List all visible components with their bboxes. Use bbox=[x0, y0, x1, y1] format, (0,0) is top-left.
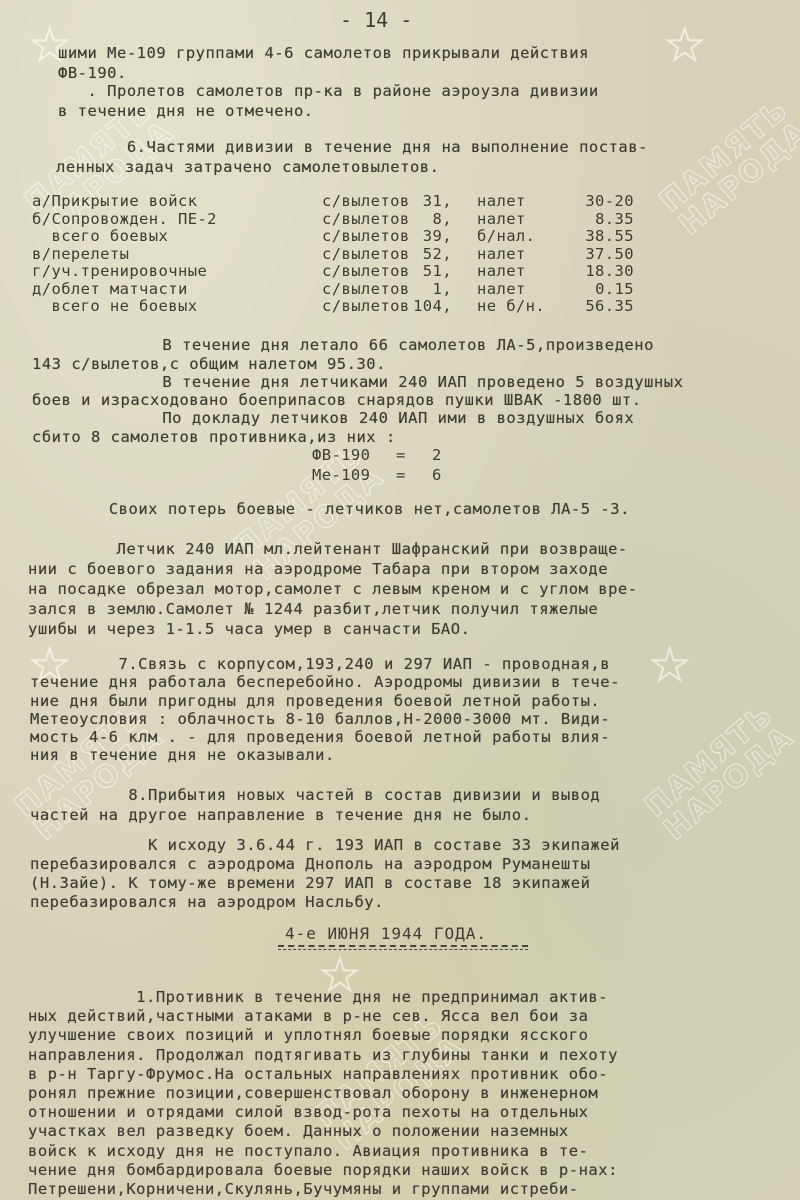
aircraft-count: 6 bbox=[432, 466, 442, 484]
heading-underline bbox=[278, 945, 528, 947]
cell-hours: 38.55 bbox=[572, 227, 634, 245]
document-page: ★ ПАМЯТЬ НАРОДА ★ ПАМЯТЬ НАРОДА ПАМЯТЬ Н… bbox=[0, 0, 800, 1200]
text-line: зался в землю.Самолет № 1244 разбит,летч… bbox=[28, 600, 598, 618]
equals-sign: = bbox=[396, 466, 406, 484]
text-line: 1.Противник в течение дня не предпринима… bbox=[28, 988, 608, 1006]
equals-sign: = bbox=[396, 446, 406, 464]
cell-type: с/вылетов bbox=[322, 227, 410, 245]
text-line: ние дня были пригодны для проведения бое… bbox=[30, 692, 600, 710]
text-line: К исходу 3.6.44 г. 193 ИАП в составе 33 … bbox=[30, 836, 620, 854]
text-line: 8.Прибытия новых частей в состав дивизии… bbox=[30, 786, 600, 804]
cell-hours: 18.30 bbox=[572, 262, 634, 280]
text-line: мость 4-6 клм . - для проведения боевой … bbox=[30, 728, 610, 746]
cell-hours-label: налет bbox=[477, 210, 526, 228]
cell-hours-label: налет bbox=[477, 262, 526, 280]
losses-line: Своих потерь боевые - летчиков нет,самол… bbox=[40, 500, 630, 518]
aircraft-type: ФВ-190 bbox=[312, 446, 370, 464]
text-line: По докладу летчиков 240 ИАП ими в воздуш… bbox=[64, 409, 634, 427]
cell-label: а/Прикрытие войск bbox=[32, 192, 197, 210]
cell-label: б/Сопровожден. ПЕ-2 bbox=[32, 210, 217, 228]
text-line: ронял прежние позиции,совершенствовал об… bbox=[28, 1084, 598, 1102]
text-line: 7.Связь с корпусом,193,240 и 297 ИАП - п… bbox=[30, 655, 610, 673]
cell-hours: 56.35 bbox=[572, 297, 634, 315]
text-line: В течение дня летало 66 самолетов ЛА-5,п… bbox=[64, 336, 654, 354]
page-number: - 14 - bbox=[340, 8, 412, 32]
cell-hours: 8.35 bbox=[572, 210, 634, 228]
cell-count: 39, bbox=[410, 227, 452, 245]
text-line: ленных задач затрачено самолетовылетов. bbox=[56, 158, 439, 176]
text-line: ных действий,частными атаками в р-не сев… bbox=[28, 1007, 588, 1025]
watermark-text: ПАМЯТЬ НАРОДА bbox=[655, 94, 800, 241]
text-line: 143 с/вылетов,с общим налетом 95.30. bbox=[32, 355, 386, 373]
aircraft-count: 2 bbox=[432, 446, 442, 464]
cell-hours-label: налет bbox=[477, 192, 526, 210]
text-line: Летчик 240 ИАП мл.лейтенант Шафранский п… bbox=[28, 540, 628, 558]
cell-hours-label: не б/н. bbox=[477, 297, 545, 315]
cell-label: всего боевых bbox=[32, 227, 168, 245]
text-line: сбито 8 самолетов противника,из них : bbox=[32, 428, 396, 446]
aircraft-type: Ме-109 bbox=[312, 466, 370, 484]
cell-type: с/вылетов bbox=[322, 262, 410, 280]
cell-hours: 0.15 bbox=[572, 280, 634, 298]
cell-hours: 37.50 bbox=[572, 245, 634, 263]
cell-label: всего не боевых bbox=[32, 297, 197, 315]
cell-hours-label: налет bbox=[477, 280, 526, 298]
text-line: отношении и отрядами силой взвод-рота пе… bbox=[28, 1103, 588, 1121]
text-line: на посадке обрезал мотор,самолет с левым… bbox=[28, 580, 638, 598]
cell-hours-label: налет bbox=[477, 245, 526, 263]
cell-count: 52, bbox=[410, 245, 452, 263]
cell-type: с/вылетов bbox=[322, 297, 410, 315]
text-line: нии с боевого задания на аэродроме Табар… bbox=[28, 560, 608, 578]
text-line: в течение дня не отмечено. bbox=[58, 102, 314, 120]
cell-count: 51, bbox=[410, 262, 452, 280]
text-line: направления. Продолжал подтягивать из гл… bbox=[28, 1046, 618, 1064]
cell-count: 31, bbox=[410, 192, 452, 210]
star-icon: ★ bbox=[665, 20, 704, 71]
text-line: боев и израсходовано боеприпасов снарядо… bbox=[32, 391, 642, 409]
cell-label: в/перелеты bbox=[32, 245, 129, 263]
text-line: ния в течение дня не оказывали. bbox=[30, 746, 335, 764]
cell-label: д/облет матчасти bbox=[32, 280, 188, 298]
text-line: войск к исходу дня не поступало. Авиация… bbox=[28, 1142, 588, 1160]
text-line: перебазировался на аэродром Насльбу. bbox=[30, 893, 384, 911]
cell-count: 8, bbox=[410, 210, 452, 228]
cell-type: с/вылетов bbox=[322, 210, 410, 228]
cell-type: с/вылетов bbox=[322, 280, 410, 298]
cell-hours-label: б/нал. bbox=[477, 227, 535, 245]
watermark-text: ПАМЯТЬ НАРОДА bbox=[640, 699, 799, 846]
text-line: шими Ме-109 группами 4-6 самолетов прикр… bbox=[58, 44, 589, 62]
text-line: течение дня работала бесперебойно. Аэрод… bbox=[30, 673, 620, 691]
text-line: ушибы и через 1-1.5 часа умер в санчасти… bbox=[28, 620, 470, 638]
text-line: Петрешени,Корничени,Скулянь,Бучумяны и г… bbox=[28, 1180, 579, 1198]
cell-label: г/уч.тренировочные bbox=[32, 262, 207, 280]
cell-type: с/вылетов bbox=[322, 192, 410, 210]
text-line: 6.Частями дивизии в течение дня на выпол… bbox=[58, 138, 648, 156]
text-line: чение дня бомбардировала боевые порядки … bbox=[28, 1161, 618, 1179]
section-heading: 4-е ИЮНЯ 1944 ГОДА. bbox=[285, 924, 487, 943]
text-line: улучшение своих позиций и уплотнял боевы… bbox=[28, 1026, 588, 1044]
cell-count: 1, bbox=[410, 280, 452, 298]
text-line: (Н.Зайе). К тому-же времени 297 ИАП в со… bbox=[30, 874, 590, 892]
cell-count: 104, bbox=[410, 297, 452, 315]
text-line: ФВ-190. bbox=[58, 64, 127, 82]
text-line: . Пролетов самолетов пр-ка в районе аэро… bbox=[58, 82, 599, 100]
cell-type: с/вылетов bbox=[322, 245, 410, 263]
heading-underline bbox=[278, 949, 528, 950]
text-line: перебазировался с аэродрома Днополь на а… bbox=[30, 855, 590, 873]
text-line: в р-н Таргу-Фрумос.На остальных направле… bbox=[28, 1065, 608, 1083]
text-line: В течение дня летчиками 240 ИАП проведен… bbox=[64, 373, 683, 391]
cell-hours: 30-20 bbox=[572, 192, 634, 210]
text-line: Метеоусловия : облачность 8-10 баллов,Н-… bbox=[30, 710, 610, 728]
text-line: частей на другое направление в течение д… bbox=[30, 806, 531, 824]
text-line: участках вел разведку боем. Данных о пол… bbox=[28, 1122, 569, 1140]
star-icon: ★ bbox=[650, 640, 689, 691]
